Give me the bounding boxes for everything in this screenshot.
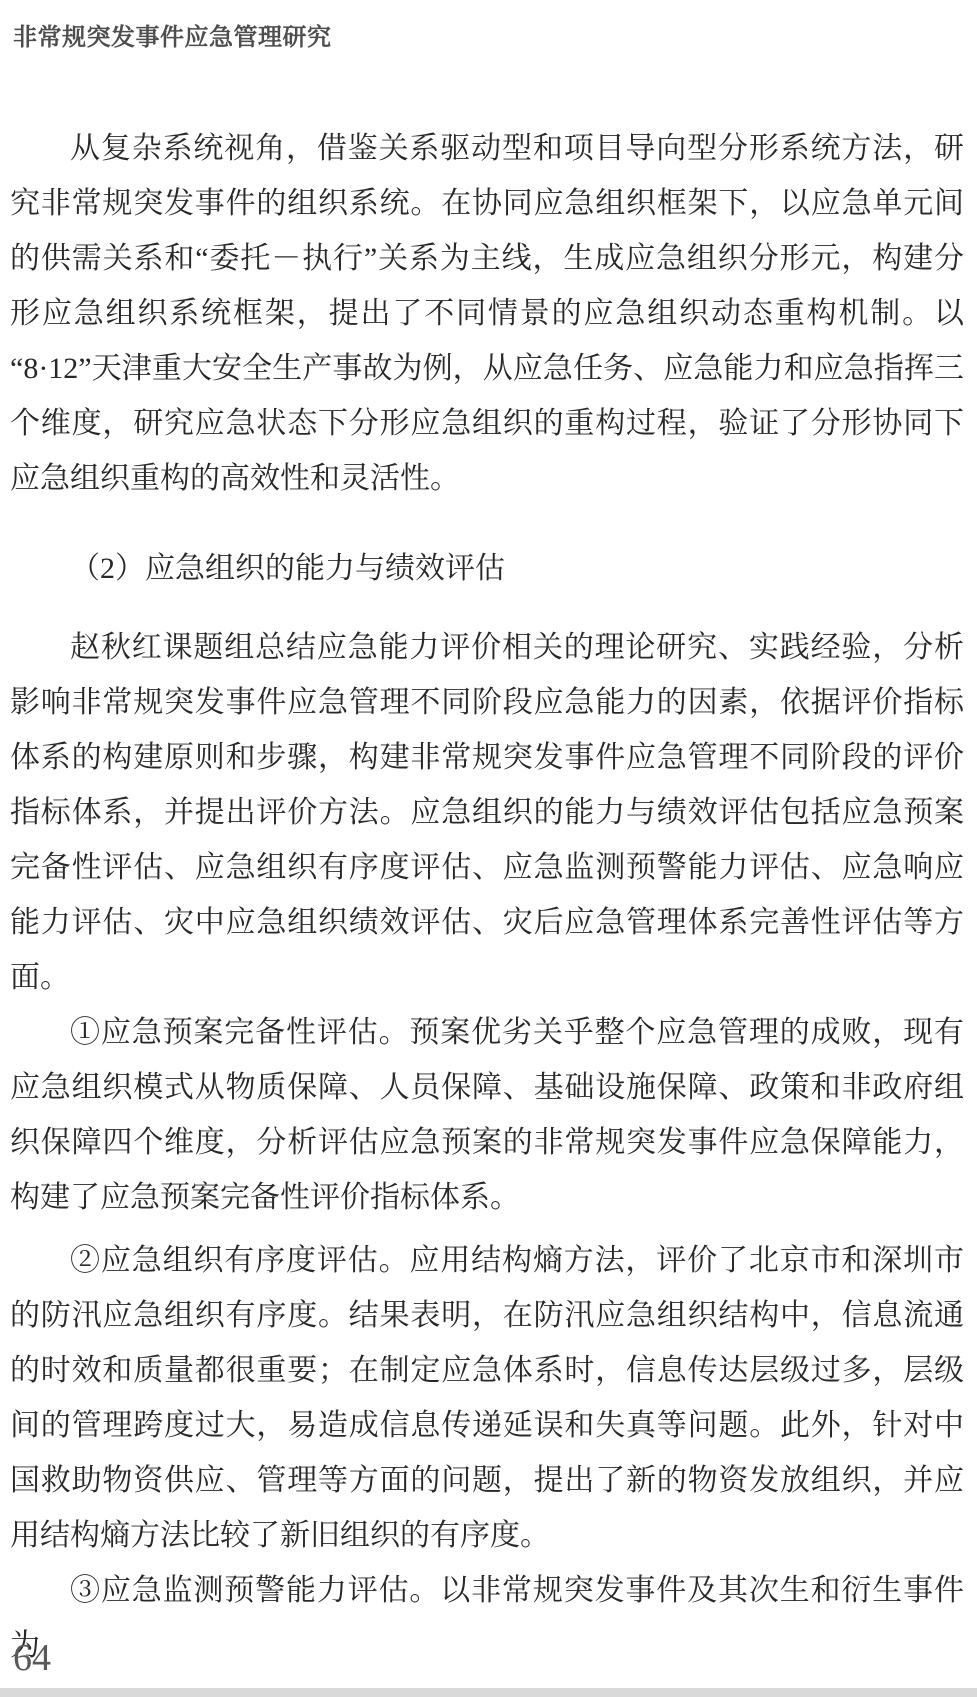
paragraph-item-3-monitoring-warning: ③应急监测预警能力评估。以非常规突发事件及其次生和衍生事件为 [10, 1563, 964, 1673]
page-body: 从复杂系统视角，借鉴关系驱动型和项目导向型分形系统方法，研究非常规突发事件的组织… [10, 121, 964, 1673]
section-heading-capability-evaluation: （2）应急组织的能力与绩效评估 [10, 541, 964, 596]
paragraph-evaluation-overview: 赵秋红课题组总结应急能力评价相关的理论研究、实践经验，分析影响非常规突发事件应急… [10, 620, 964, 1005]
running-header-title: 非常规突发事件应急管理研究 [13, 17, 332, 52]
document-page: 非常规突发事件应急管理研究 从复杂系统视角，借鉴关系驱动型和项目导向型分形系统方… [0, 0, 977, 1697]
paragraph-item-1-plan-completeness: ①应急预案完备性评估。预案优劣关乎整个应急管理的成败，现有应急组织模式从物质保障… [10, 1005, 964, 1225]
paragraph-item-2-order-degree: ②应急组织有序度评估。应用结构熵方法，评价了北京市和深圳市的防汛应急组织有序度。… [10, 1233, 964, 1563]
page-number: 64 [13, 1638, 51, 1678]
paragraph-fractal-system: 从复杂系统视角，借鉴关系驱动型和项目导向型分形系统方法，研究非常规突发事件的组织… [10, 121, 964, 506]
bottom-edge-bar [0, 1688, 977, 1697]
